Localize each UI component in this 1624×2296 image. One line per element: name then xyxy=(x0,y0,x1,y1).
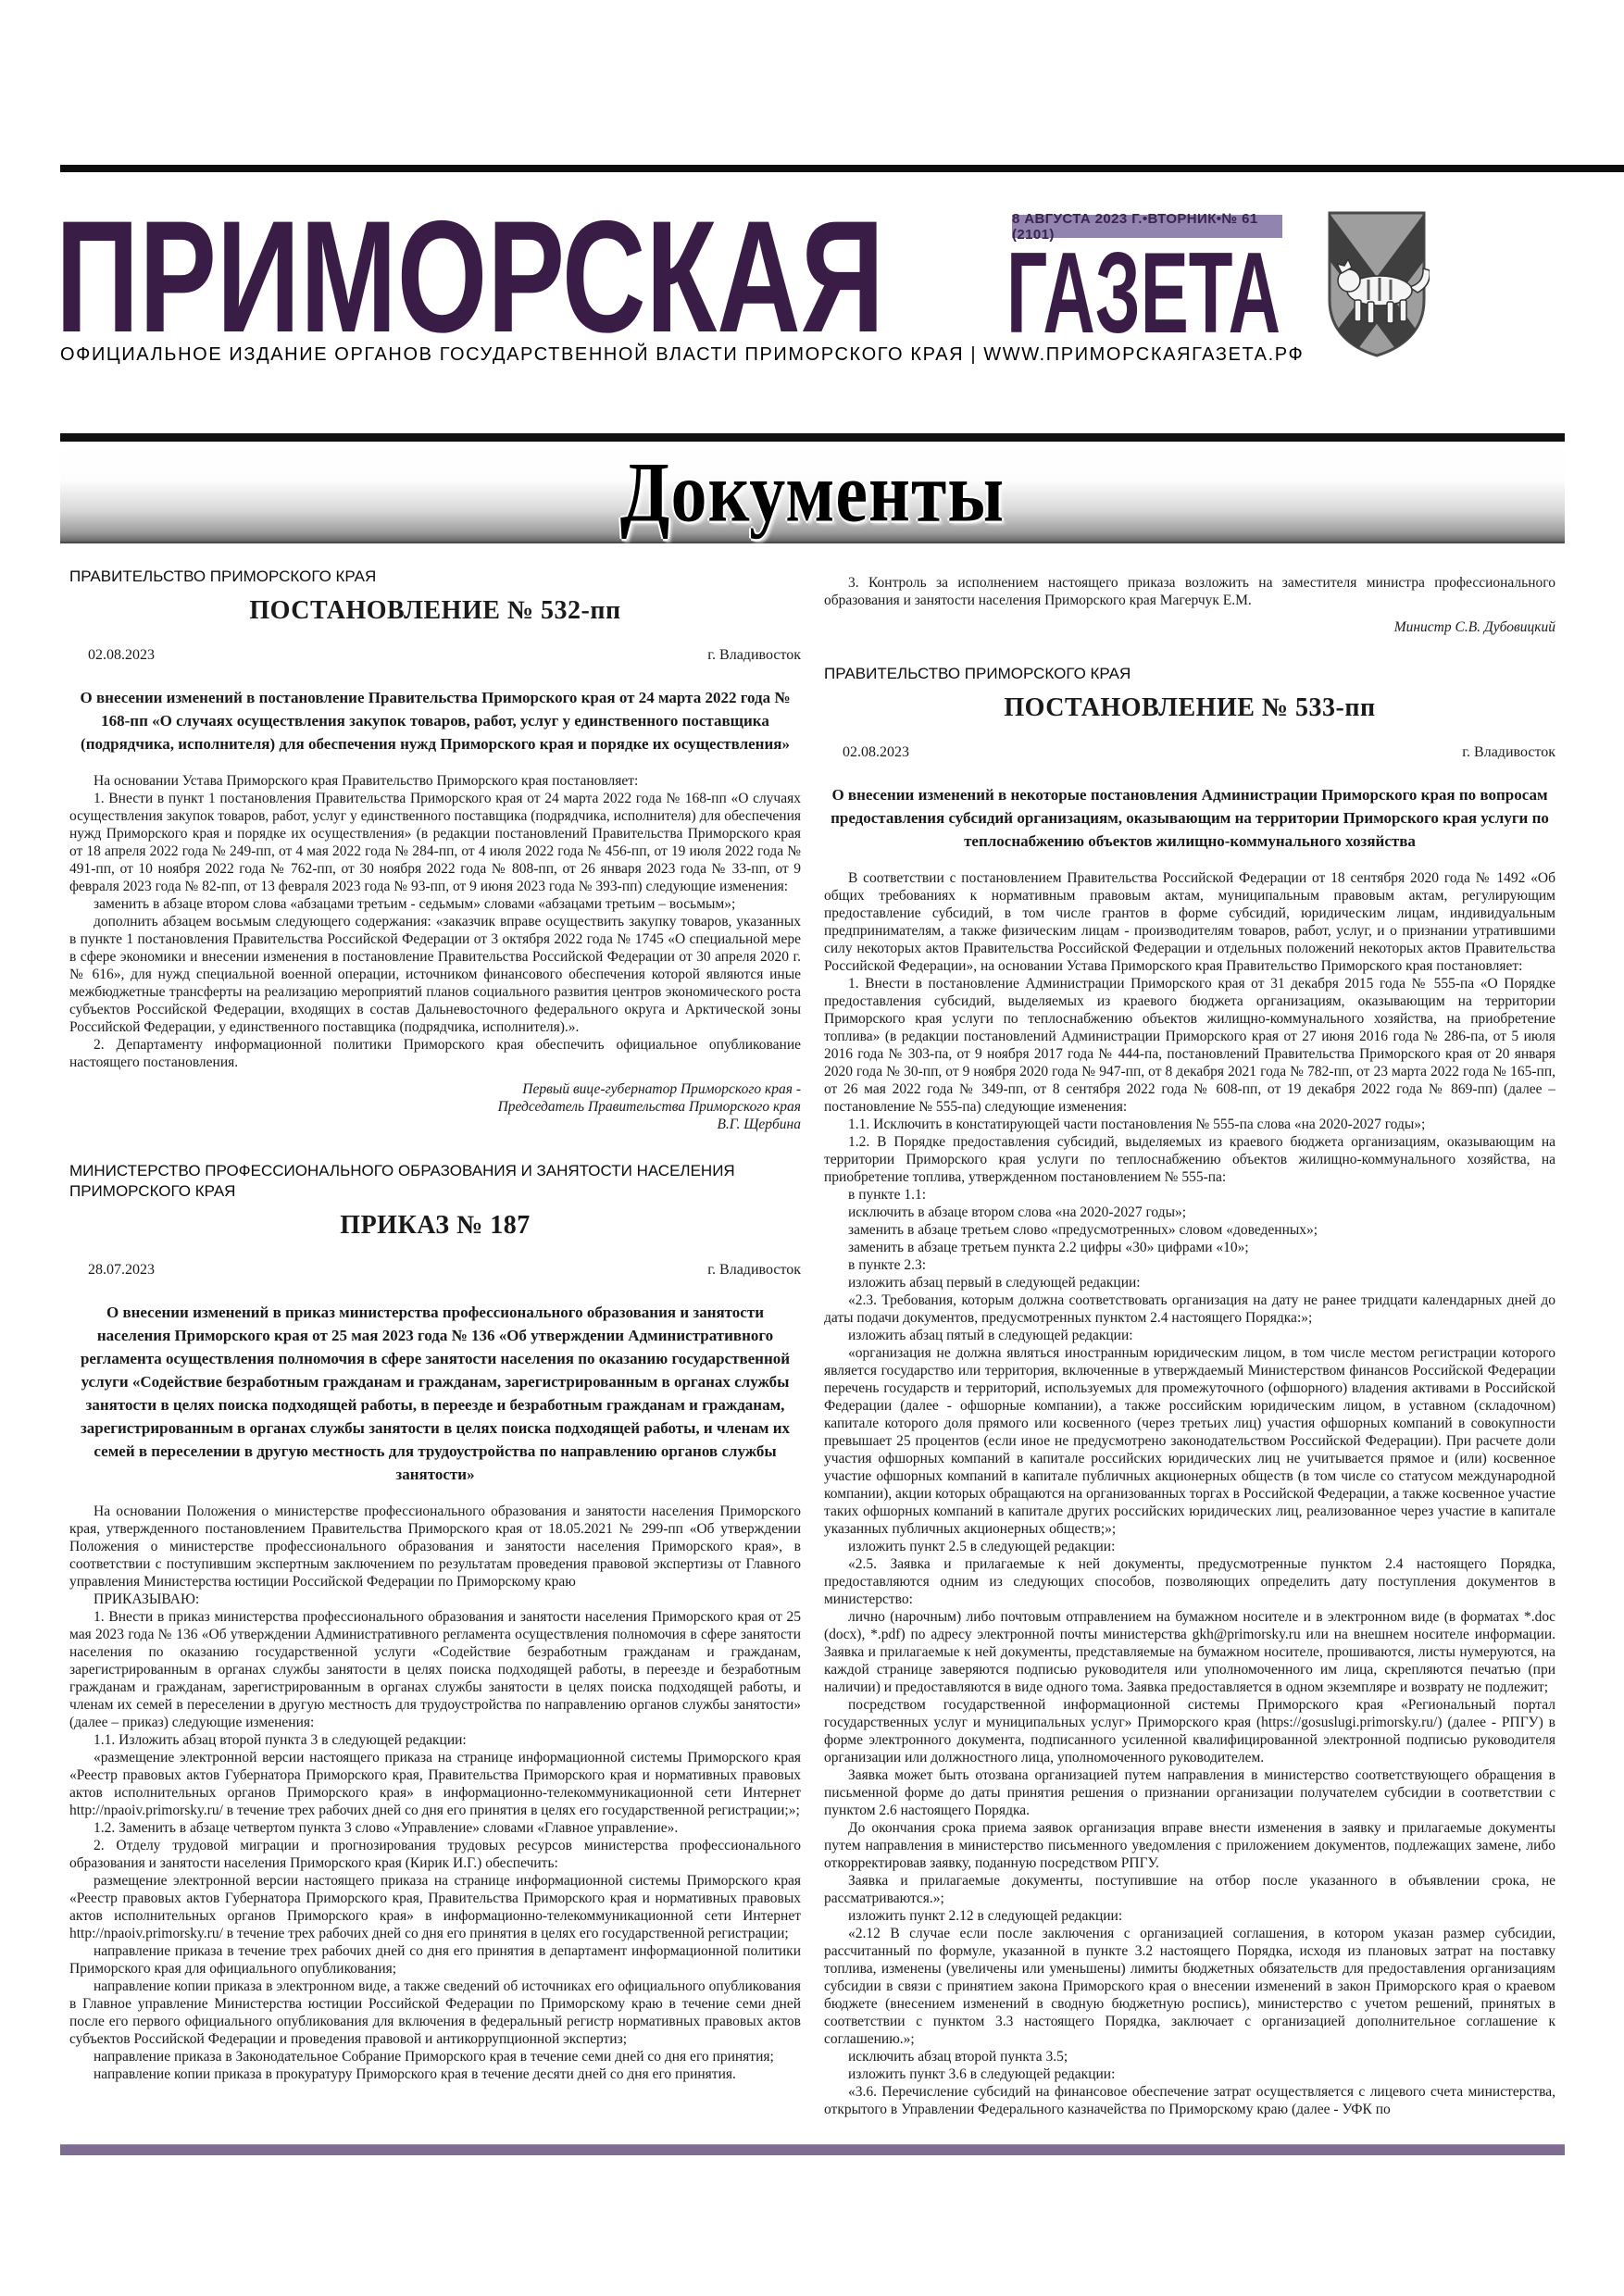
right-column: 3. Контроль за исполнением настоящего пр… xyxy=(824,567,1555,2140)
paragraph: 1.2. Заменить в абзаце четвертом пункта … xyxy=(69,1819,801,1837)
signature-block: Первый вице-губернатор Приморского края … xyxy=(69,1080,801,1133)
paragraph: 3. Контроль за исполнением настоящего пр… xyxy=(824,574,1555,609)
section-banner: Документы xyxy=(60,442,1565,543)
document-place: г. Владивосток xyxy=(707,646,801,664)
top-rule xyxy=(60,165,1624,172)
masthead-title-right: ГАЗЕТА xyxy=(1005,243,1284,337)
paragraph: До окончания срока приема заявок организ… xyxy=(824,1819,1555,1872)
paragraph: дополнить абзацем восьмым следующего сод… xyxy=(69,913,801,1036)
paragraph: Заявка может быть отозвана организацией … xyxy=(824,1766,1555,1819)
paragraph: лично (нарочным) либо почтовым отправлен… xyxy=(824,1608,1555,1696)
paragraph: 1.1. Исключить в констатирующей части по… xyxy=(824,1116,1555,1133)
paragraph: 2. Департаменту информационной политики … xyxy=(69,1036,801,1071)
paragraph: 1.2. В Порядке предоставления субсидий, … xyxy=(824,1133,1555,1186)
paragraph: исключить в абзаце втором слова «на 2020… xyxy=(824,1204,1555,1221)
paragraph: «3.6. Перечисление субсидий на финансово… xyxy=(824,2083,1555,2118)
paragraph: направление копии приказа в электронном … xyxy=(69,1978,801,2048)
paragraph: «2.5. Заявка и прилагаемые к ней докумен… xyxy=(824,1555,1555,1608)
bottom-accent-bar xyxy=(60,2144,1565,2155)
paragraph: На основании Положения о министерстве пр… xyxy=(69,1503,801,1591)
paragraph: заменить в абзаце третьем пункта 2.2 циф… xyxy=(824,1239,1555,1256)
paragraph: изложить абзац первый в следующей редакц… xyxy=(824,1274,1555,1291)
paragraph: изложить пункт 2.5 в следующей редакции: xyxy=(824,1538,1555,1555)
paragraph: В соответствии с постановлением Правител… xyxy=(824,869,1555,975)
document-title: О внесении изменений в приказ министерст… xyxy=(75,1301,795,1486)
document-date: 28.07.2023 xyxy=(88,1261,155,1279)
issuing-authority: МИНИСТЕРСТВО ПРОФЕССИОНАЛЬНОГО ОБРАЗОВАН… xyxy=(69,1161,801,1202)
paragraph: посредством государственной информационн… xyxy=(824,1696,1555,1766)
paragraph: «2.3. Требования, которым должна соответ… xyxy=(824,1291,1555,1327)
document-body: 3. Контроль за исполнением настоящего пр… xyxy=(824,574,1555,609)
paragraph: заменить в абзаце втором слова «абзацами… xyxy=(69,895,801,913)
paragraph: «организация не должна являться иностран… xyxy=(824,1344,1555,1538)
document-body: На основании Устава Приморского края Пра… xyxy=(69,772,801,1071)
coat-of-arms-tiger-icon xyxy=(1324,209,1430,359)
document-body: В соответствии с постановлением Правител… xyxy=(824,869,1555,2118)
paragraph: в пункте 2.3: xyxy=(824,1256,1555,1274)
date-place-row: 02.08.2023 г. Владивосток xyxy=(69,646,801,664)
paragraph: 2. Отделу трудовой миграции и прогнозиро… xyxy=(69,1837,801,1872)
document-columns: ПРАВИТЕЛЬСТВО ПРИМОРСКОГО КРАЯ ПОСТАНОВЛ… xyxy=(69,567,1555,2140)
paragraph: направление приказа в Законодательное Со… xyxy=(69,2048,801,2065)
section-banner-title: Документы xyxy=(620,443,1005,542)
paragraph: исключить абзац второй пункта 3.5; xyxy=(824,2048,1555,2065)
document-postanovlenie-533: ПРАВИТЕЛЬСТВО ПРИМОРСКОГО КРАЯ ПОСТАНОВЛ… xyxy=(824,664,1555,2118)
document-date: 02.08.2023 xyxy=(88,646,155,664)
document-prikaz-187: МИНИСТЕРСТВО ПРОФЕССИОНАЛЬНОГО ОБРАЗОВАН… xyxy=(69,1161,801,2083)
document-body: На основании Положения о министерстве пр… xyxy=(69,1503,801,2083)
paragraph: ПРИКАЗЫВАЮ: xyxy=(69,1591,801,1608)
issuing-authority: ПРАВИТЕЛЬСТВО ПРИМОРСКОГО КРАЯ xyxy=(824,664,1555,684)
paragraph: «2.12 В случае если после заключения с о… xyxy=(824,1925,1555,2048)
paragraph: размещение электронной версии настоящего… xyxy=(69,1872,801,1942)
document-place: г. Владивосток xyxy=(1462,743,1555,761)
newspaper-page: ПРИМОРСКАЯ 8 АВГУСТА 2023 Г.•ВТОРНИК•№ 6… xyxy=(0,0,1624,2296)
masthead-word-gazeta: ГАЗЕТА xyxy=(1006,243,1280,337)
paragraph: 1. Внести в приказ министерства професси… xyxy=(69,1608,801,1731)
document-place: г. Владивосток xyxy=(707,1261,801,1279)
date-place-row: 02.08.2023 г. Владивосток xyxy=(824,743,1555,761)
issuing-authority: ПРАВИТЕЛЬСТВО ПРИМОРСКОГО КРАЯ xyxy=(69,567,801,587)
document-title: О внесении изменений в постановление Пра… xyxy=(75,686,795,755)
masthead-word-primorskaya: ПРИМОРСКАЯ xyxy=(56,207,884,339)
document-date: 02.08.2023 xyxy=(843,743,909,761)
document-type-heading: ПОСТАНОВЛЕНИЕ № 532-пп xyxy=(69,596,801,626)
document-type-heading: ПОСТАНОВЛЕНИЕ № 533-пп xyxy=(824,693,1555,723)
document-type-heading: ПРИКАЗ № 187 xyxy=(69,1211,801,1241)
paragraph: 1. Внести в постановление Администрации … xyxy=(824,975,1555,1116)
issue-date-badge: 8 АВГУСТА 2023 Г.•ВТОРНИК•№ 61 (2101) xyxy=(1012,215,1282,238)
paragraph: изложить пункт 3.6 в следующей редакции: xyxy=(824,2065,1555,2083)
masthead-title-left: ПРИМОРСКАЯ xyxy=(56,207,893,339)
paragraph: изложить абзац пятый в следующей редакци… xyxy=(824,1327,1555,1344)
paragraph: в пункте 1.1: xyxy=(824,1186,1555,1204)
document-postanovlenie-532: ПРАВИТЕЛЬСТВО ПРИМОРСКОГО КРАЯ ПОСТАНОВЛ… xyxy=(69,567,801,1133)
paragraph: 1.1. Изложить абзац второй пункта 3 в сл… xyxy=(69,1731,801,1749)
paragraph: направление копии приказа в прокуратуру … xyxy=(69,2065,801,2083)
paragraph: Заявка и прилагаемые документы, поступив… xyxy=(824,1872,1555,1907)
paragraph: Первый вице-губернатор Приморского края … xyxy=(69,1080,801,1098)
signature-block: Министр С.В. Дубовицкий xyxy=(824,618,1555,636)
paragraph: В.Г. Щербина xyxy=(69,1116,801,1133)
paragraph: изложить пункт 2.12 в следующей редакции… xyxy=(824,1907,1555,1925)
paragraph: 1. Внести в пункт 1 постановления Правит… xyxy=(69,790,801,895)
paragraph: направление приказа в течение трех рабоч… xyxy=(69,1942,801,1978)
date-place-row: 28.07.2023 г. Владивосток xyxy=(69,1261,801,1279)
left-column: ПРАВИТЕЛЬСТВО ПРИМОРСКОГО КРАЯ ПОСТАНОВЛ… xyxy=(69,567,801,2140)
paragraph: «размещение электронной версии настоящег… xyxy=(69,1749,801,1819)
divider-rule xyxy=(60,433,1565,442)
paragraph: На основании Устава Приморского края Пра… xyxy=(69,772,801,790)
masthead-subtitle: ОФИЦИАЛЬНОЕ ИЗДАНИЕ ОРГАНОВ ГОСУДАРСТВЕН… xyxy=(60,344,1449,366)
paragraph: заменить в абзаце третьем слово «предусм… xyxy=(824,1221,1555,1239)
document-prikaz-187-continuation: 3. Контроль за исполнением настоящего пр… xyxy=(824,574,1555,636)
document-title: О внесении изменений в некоторые постано… xyxy=(830,783,1550,853)
paragraph: Председатель Правительства Приморского к… xyxy=(69,1098,801,1116)
paragraph: Министр С.В. Дубовицкий xyxy=(824,618,1555,636)
